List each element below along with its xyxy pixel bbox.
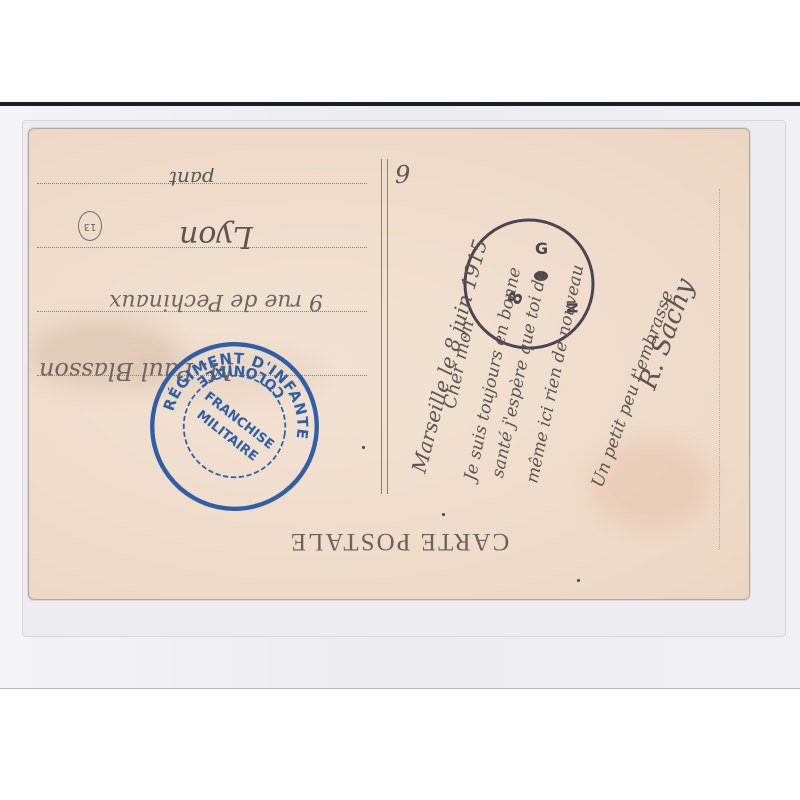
address-line-3: Lyon bbox=[179, 219, 253, 254]
paper-speck bbox=[577, 579, 580, 582]
paper-speck bbox=[442, 513, 445, 516]
card-divider bbox=[381, 159, 388, 494]
address-line-4: pant bbox=[169, 167, 215, 191]
address-line-2: 9 rue de Pechinaux bbox=[109, 289, 323, 314]
circled-number: 13 bbox=[78, 211, 102, 241]
stamp-area-dotted-line bbox=[719, 189, 720, 549]
postcard-back: 13 pant Lyon 9 rue de Pechinaux M. Paul … bbox=[28, 128, 750, 600]
military-franchise-stamp: 22E RÉGIMENT D'INFANTERIE COLONIALE FRAN… bbox=[136, 328, 334, 526]
corner-mark: 6 bbox=[395, 159, 410, 187]
paper-speck bbox=[362, 446, 365, 449]
svg-text:G: G bbox=[535, 239, 548, 258]
printed-title: CARTE POSTALE bbox=[249, 527, 549, 555]
